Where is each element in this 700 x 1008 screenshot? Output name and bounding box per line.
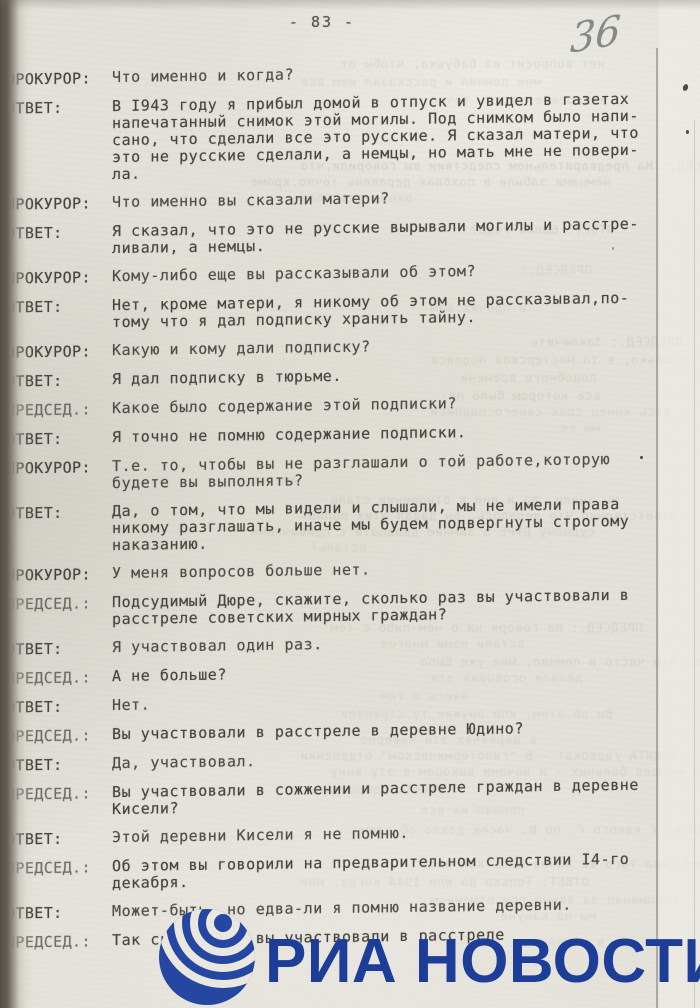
- transcript-entry: ОТВЕТ: В I943 году я прибыл домой в отпу…: [6, 90, 658, 184]
- transcript-entry: ПРЕДСЕД.: Вы участвовали в сожжении и ра…: [6, 776, 658, 819]
- speaker-label: ПРОКУРОР:: [6, 565, 112, 584]
- speaker-label: ПРЕДСЕД.:: [6, 726, 112, 745]
- transcript-entry: ОТВЕТ: Этой деревни Кисели я не помню.: [6, 821, 658, 848]
- transcript-entry: ОТВЕТ: Может-быть, но едва-ли я помню на…: [6, 895, 658, 922]
- page-fold-line: [656, 48, 658, 1008]
- speech-text: Так скажите же вы участвовали в расстрел…: [112, 924, 658, 949]
- transcript-entry: ПРОКУРОР: У меня вопросов больше нет.: [6, 557, 658, 584]
- transcript-entry: ПРЕДСЕД.: Об этом вы говорили на предвар…: [6, 850, 658, 893]
- speech-text: Подсудимый Дюре, скажите, сколько раз вы…: [112, 586, 658, 628]
- speaker-label: ПРЕДСЕД.:: [6, 932, 112, 951]
- transcript-line: Так скажите же вы участвовали в расстрел…: [112, 924, 658, 949]
- speech-text: Что именно вы сказали матери?: [112, 186, 658, 211]
- transcript-entry: ПРОКУРОР: Т.е. то, чтобы вы не разглашал…: [6, 450, 658, 493]
- speaker-label: ОТВЕТ:: [6, 503, 112, 522]
- transcript-entry: ОТВЕТ: Нет.: [6, 689, 658, 716]
- speaker-label: ОТВЕТ:: [6, 223, 112, 242]
- speaker-label: ОТВЕТ:: [6, 429, 112, 448]
- transcript-entry: ПРОКУРОР: Кому-либо еще вы рассказывали …: [6, 260, 658, 287]
- speech-text: Т.е. то, чтобы вы не разглашали о той ра…: [112, 450, 658, 492]
- transcript-entry: ОТВЕТ: Я участвовал один раз.: [6, 631, 658, 658]
- speech-text: Этой деревни Кисели я не помню.: [112, 821, 658, 846]
- speaker-label: ОТВЕТ:: [6, 755, 112, 774]
- speech-text: Об этом вы говорили на предварительном с…: [112, 850, 658, 892]
- speech-text: Какое было содержание этой подписки?: [112, 392, 658, 417]
- speech-text: Я участвовал один раз.: [112, 631, 658, 656]
- page-fold-line-2: [694, 120, 695, 1008]
- speaker-label: ОТВЕТ:: [6, 297, 112, 316]
- speaker-label: ОТВЕТ:: [6, 903, 112, 922]
- transcript-entry: ОТВЕТ: Да, о том, что мы видели и слышал…: [6, 495, 658, 555]
- speaker-label: ПРОКУРОР:: [6, 342, 112, 361]
- speaker-label: ОТВЕТ:: [6, 697, 112, 716]
- ink-speck: [612, 247, 614, 250]
- speech-text: Вы участвовали в расстреле в деревне Юди…: [112, 718, 658, 743]
- speech-text: Вы участвовали в сожжении и расстреле гр…: [112, 776, 658, 818]
- speaker-label: ПРЕДСЕД.:: [6, 668, 112, 687]
- speech-text: Нет, кроме матери, я никому об этом не р…: [112, 289, 658, 331]
- speech-text: Я дал подписку в тюрьме.: [112, 363, 658, 388]
- transcript-line: У меня вопросов больше нет.: [112, 557, 658, 582]
- transcript-entry: ОТВЕТ: Я сказал, что это не русские выры…: [6, 215, 658, 258]
- transcript-line: Может-быть, но едва-ли я помню название …: [112, 895, 658, 920]
- handwritten-number: 36: [569, 7, 622, 63]
- speaker-label: ПРОКУРОР:: [6, 69, 112, 88]
- scan-edge-top: [0, 0, 700, 10]
- speaker-label: ОТВЕТ:: [6, 639, 112, 658]
- transcript-line: Да, участвовал.: [112, 747, 658, 772]
- transcript-entry: ПРЕДСЕД.: Так скажите же вы участвовали …: [6, 924, 658, 951]
- speaker-label: ОТВЕТ:: [6, 371, 112, 390]
- transcript-line: Кому-либо еще вы рассказывали об этом?: [112, 260, 658, 285]
- speaker-label: ПРОКУРОР:: [6, 268, 112, 287]
- speech-text: Я точно не помню содержание подписки.: [112, 421, 658, 446]
- speech-text: Да, участвовал.: [112, 747, 658, 772]
- transcript-line: Я дал подписку в тюрьме.: [112, 363, 658, 388]
- transcript-entry: ОТВЕТ: Да, участвовал.: [6, 747, 658, 774]
- speech-text: Кому-либо еще вы рассказывали об этом?: [112, 260, 658, 285]
- speech-text: Да, о том, что мы видели и слышали, мы н…: [112, 495, 658, 554]
- transcript-line: Какую и кому дали подписку?: [112, 334, 658, 359]
- speaker-label: ОТВЕТ:: [6, 98, 112, 117]
- speech-text: Может-быть, но едва-ли я помню название …: [112, 895, 658, 920]
- speaker-label: ПРОКУРОР:: [6, 458, 112, 477]
- transcript-entry: ОТВЕТ: Я дал подписку в тюрьме.: [6, 363, 658, 390]
- transcript-entry: ОТВЕТ: Нет, кроме матери, я никому об эт…: [6, 289, 658, 332]
- speech-text: У меня вопросов больше нет.: [112, 557, 658, 582]
- transcript-line: Нет.: [112, 689, 658, 714]
- transcript-entry: ПРОКУРОР: Что именно и когда?: [6, 61, 658, 88]
- speech-text: Я сказал, что это не русские вырывали мо…: [112, 215, 658, 257]
- ink-speck: [640, 456, 643, 459]
- speech-text: В I943 году я прибыл домой в отпуск и ув…: [112, 90, 658, 183]
- document-scan: нет вопросит из бабушка, чтобы отмне пом…: [0, 0, 700, 1008]
- transcript-line: А не больше?: [112, 660, 658, 685]
- transcript-entry: ПРЕДСЕД.: А не больше?: [6, 660, 658, 687]
- speaker-label: ПРЕДСЕД.:: [6, 858, 112, 877]
- speaker-label: ПРЕДСЕД.:: [6, 594, 112, 613]
- speaker-label: ПРЕДСЕД.:: [6, 784, 112, 803]
- transcript-line: Этой деревни Кисели я не помню.: [112, 821, 658, 846]
- transcript-line: Какое было содержание этой подписки?: [112, 392, 658, 417]
- transcript-entry: ПРЕДСЕД.: Какое было содержание этой под…: [6, 392, 658, 419]
- page-number: - 83 -: [272, 13, 372, 31]
- transcript-line: Вы участвовали в расстреле в деревне Юди…: [112, 718, 658, 743]
- ink-speck: [686, 130, 689, 134]
- transcript-entry: ПРОКУРОР: Какую и кому дали подписку?: [6, 334, 658, 361]
- transcript-entry: ПРОКУРОР: Что именно вы сказали матери?: [6, 186, 658, 213]
- speaker-label: ОТВЕТ:: [6, 829, 112, 848]
- speech-text: Нет.: [112, 689, 658, 714]
- speech-text: Какую и кому дали подписку?: [112, 334, 658, 359]
- transcript-line: Я точно не помню содержание подписки.: [112, 421, 658, 446]
- transcript-entry: ПРЕДСЕД.: Подсудимый Дюре, скажите, скол…: [6, 586, 658, 629]
- speaker-label: ПРОКУРОР:: [6, 194, 112, 213]
- speech-text: А не больше?: [112, 660, 658, 685]
- speaker-label: ПРЕДСЕД.:: [6, 400, 112, 419]
- transcript-entry: ПРЕДСЕД.: Вы участвовали в расстреле в д…: [6, 718, 658, 745]
- transcript-entry: ОТВЕТ: Я точно не помню содержание подпи…: [6, 421, 658, 448]
- transcript-line: Что именно вы сказали матери?: [112, 186, 658, 211]
- transcript-line: Я участвовал один раз.: [112, 631, 658, 656]
- transcript: ПРОКУРОР: Что именно и когда? ОТВЕТ: В I…: [6, 61, 658, 962]
- transcript-line: Что именно и когда?: [112, 61, 658, 86]
- speech-text: Что именно и когда?: [112, 61, 658, 86]
